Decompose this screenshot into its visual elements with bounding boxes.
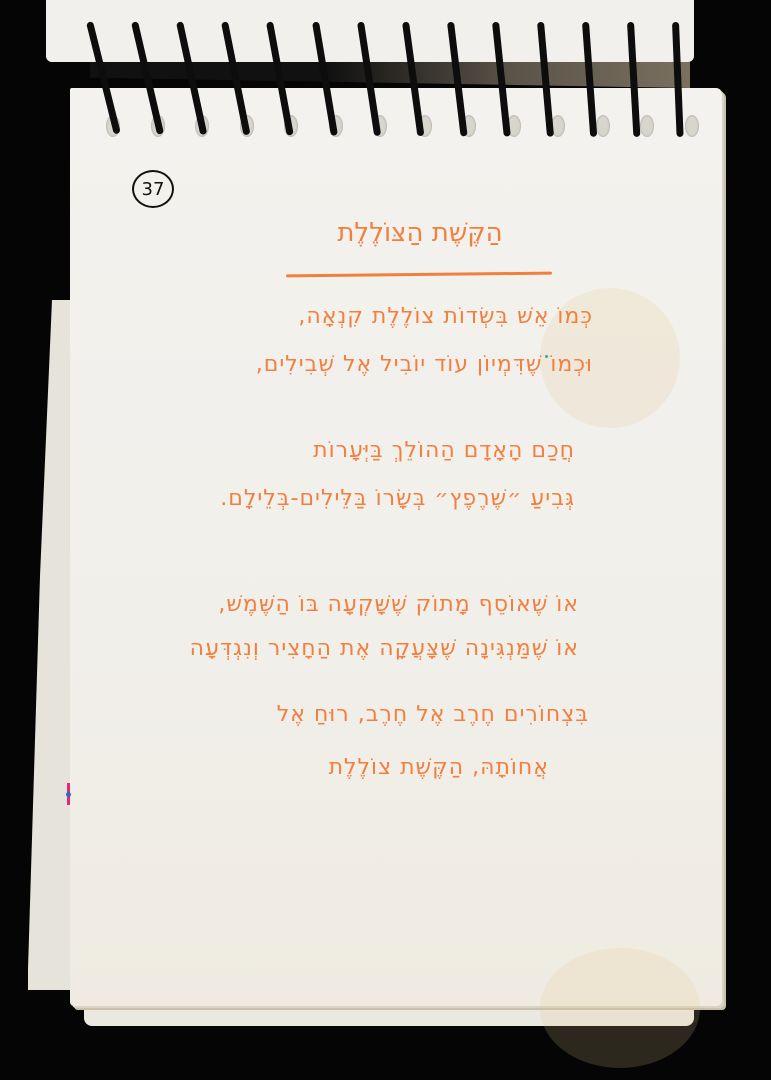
poem-line: בִּצְחוֹרִים חֶרֶב אֶל חֶרֶב, רוּחַ אֶל [277,702,589,727]
page-number-circle: 37 [132,170,174,208]
ink-dot [545,355,548,358]
spiral-hole [685,115,699,137]
page-number: 37 [142,179,165,200]
poem-line: גְּבִיעַ ״שֶׁרֶפֶץ״ בְּשָׂרוֹ בַּלֵּילִי… [220,486,575,511]
poem-title: הַקֶּשֶׁת הַצּוֹלֶלֶת [280,218,560,248]
margin-mark-blue [66,792,71,797]
paper-stain [540,948,700,1068]
poem-line: וּכְמוֹ שֶׁדִּמְיוֹן עוֹד יוֹבִיל אֶל שְ… [256,352,593,377]
page-gap-shadow [90,62,690,88]
poem-line: כְּמוֹ אֵשׁ בִּשְׂדוֹת צוֹלֶלֶת קִנְאָה, [298,304,593,329]
spiral-hole [596,115,610,137]
poem-line: אֲחוֹתָהּ, הַקֶּשֶׁת צוֹלֶלֶת [329,755,549,780]
poem-line: אוֹ שֶׁאוֹסֵף מָתוֹק שֶׁשָּׁקְעָה בּוֹ ה… [218,592,579,617]
poem-line: חֲכַם הָאָדָם הַהוֹלֵךְ בַּיְּעָרוֹת [313,438,575,463]
spiral-hole [640,115,654,137]
poem-line: אוֹ שֶׁמַּנְגִּינָה שֶׁצָּעֲקָה אֶת הַחָ… [190,636,579,661]
